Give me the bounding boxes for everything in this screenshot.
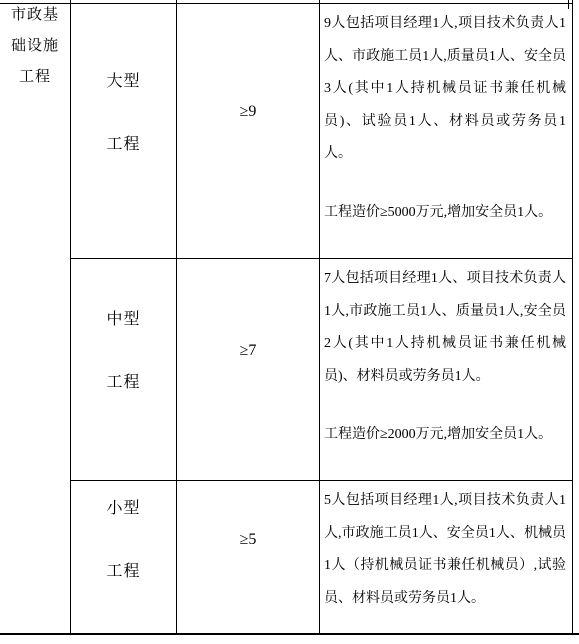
size-cell-medium: 中型 工程 [71,288,176,414]
category-cell: 市政基 础设施 工程 [0,0,70,93]
min-staff-value-large: ≥9 [177,102,319,122]
size-cell-small: 小型 工程 [71,477,176,603]
category-label-line: 础设施 [0,31,70,62]
size-label-line: 工程 [71,351,176,414]
size-label-line: 中型 [71,288,176,351]
size-label-line: 工程 [71,113,176,176]
document-table: 市政基 础设施 工程 大型 工程 ≥9 9人包括项目经理1人,项目技术负责人1人… [0,0,579,644]
category-label-line: 工程 [0,62,70,93]
staffing-cell-medium: 7人包括项目经理1人、项目技术负责人1人,市政施工员1人、质量员1人,安全员2人… [320,258,572,480]
staffing-description: 5人包括项目经理1人,项目技术负责人1人,市政施工员1人、安全员1人、机械员1人… [324,485,566,615]
category-label-line: 市政基 [0,0,70,31]
size-label-line: 大型 [71,50,176,113]
staffing-description: 7人包括项目经理1人、项目技术负责人1人,市政施工员1人、质量员1人,安全员2人… [324,263,566,393]
size-label-line: 小型 [71,477,176,540]
size-cell-large: 大型 工程 [71,50,176,176]
cost-note: 工程造价≥2000万元,增加安全员1人。 [324,419,566,452]
min-staff-value-medium: ≥7 [177,341,319,361]
staffing-cell-large: 9人包括项目经理1人,项目技术负责人1人、市政施工员1人,质量员1人、安全员3人… [320,3,572,258]
size-label-line: 工程 [71,540,176,603]
table-right-border [572,0,573,635]
staffing-description: 9人包括项目经理1人,项目技术负责人1人、市政施工员1人,质量员1人、安全员3人… [324,8,566,171]
min-staff-value-small: ≥5 [177,530,319,550]
staffing-cell-small: 5人包括项目经理1人,项目技术负责人1人,市政施工员1人、安全员1人、机械员1人… [320,480,572,634]
cost-note: 工程造价≥5000万元,增加安全员1人。 [324,197,566,230]
